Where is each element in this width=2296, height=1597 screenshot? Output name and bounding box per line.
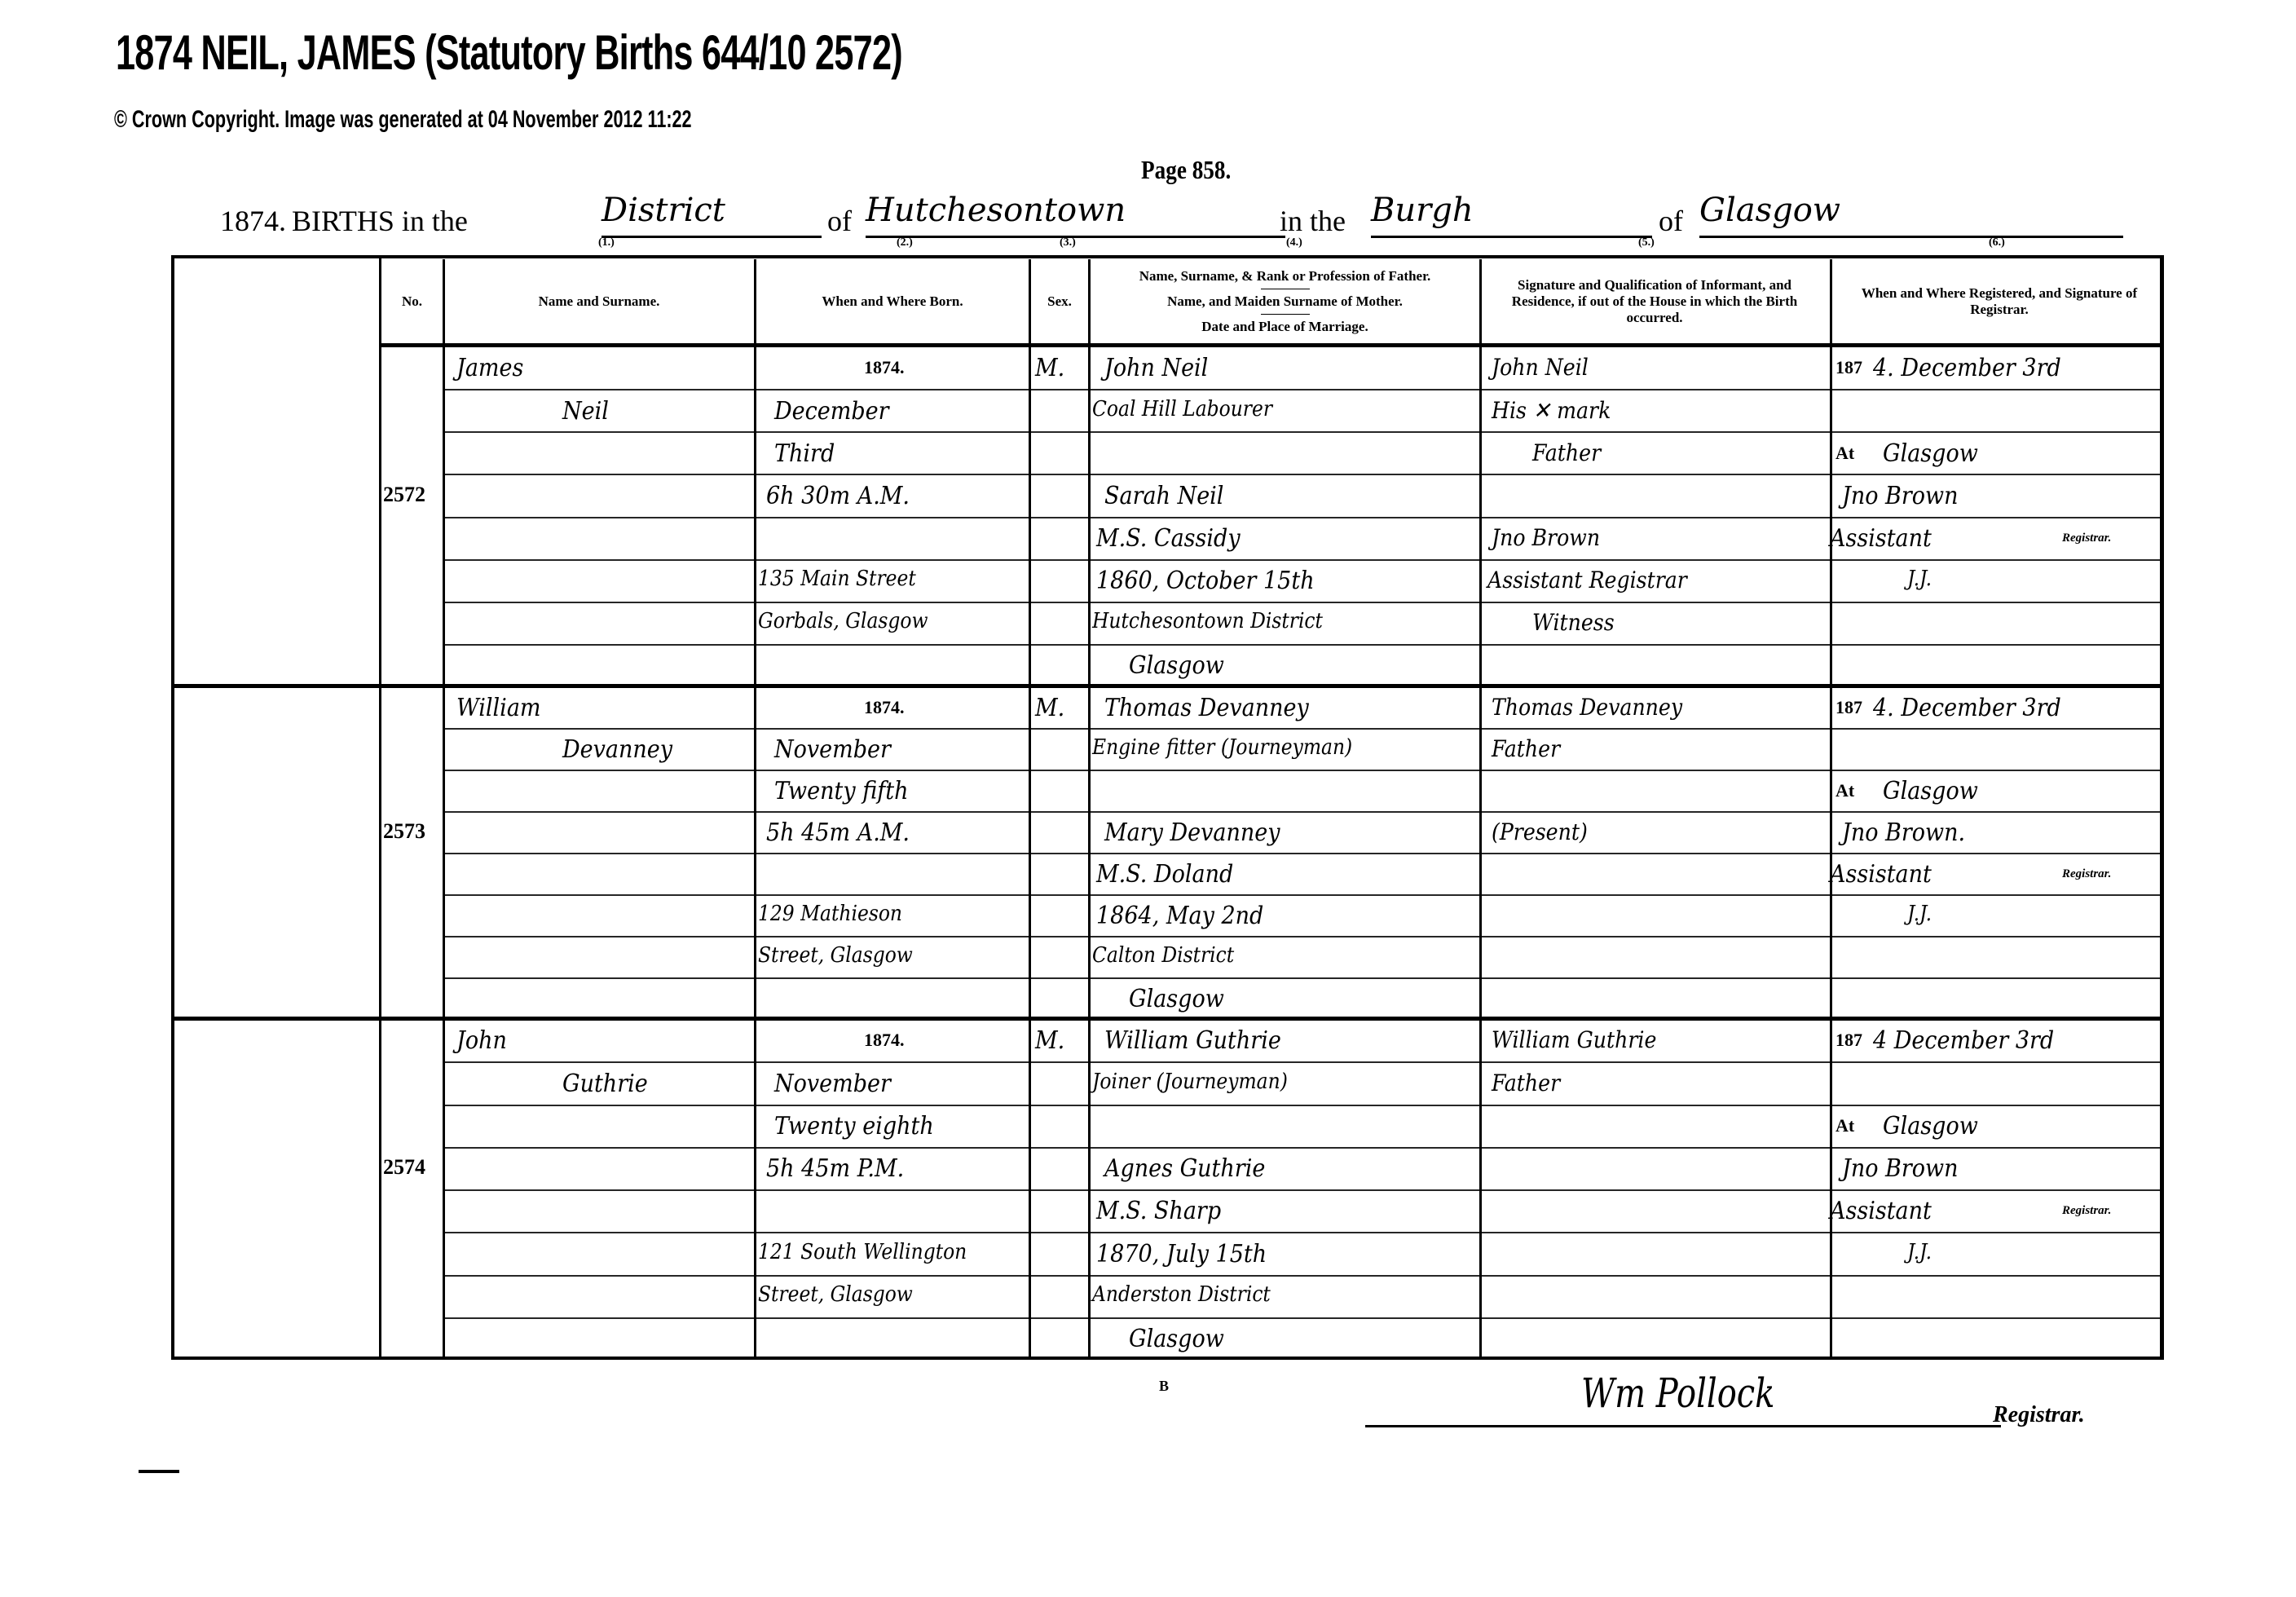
row-rule [1031, 894, 2160, 896]
row-rule [445, 1105, 1029, 1106]
registered-year-prefix: 187 [1835, 1030, 1862, 1051]
father-occupation: Engine fitter (Journeyman) [1092, 735, 1352, 760]
birth-day: Twenty fifth [774, 777, 908, 805]
mother-name: Mary Devanney [1104, 818, 1280, 847]
column-number-6: (6.) [1989, 236, 2005, 249]
registered-place: Glasgow [1883, 777, 1978, 805]
column-divider [443, 259, 445, 1360]
row-rule [1031, 936, 2160, 937]
birth-day: Third [774, 439, 835, 468]
row-rule [445, 1232, 1029, 1233]
registered-at-label: At [1835, 1115, 1854, 1136]
marriage-place-line1: Hutchesontown District [1092, 609, 1323, 633]
row-rule [445, 728, 1029, 730]
row-rule [1031, 1275, 2160, 1277]
header-when-where: When and Where Born. [756, 261, 1029, 342]
row-rule [445, 644, 1029, 646]
heading-in-the: in the [1280, 204, 1346, 238]
signature-line [1365, 1425, 2001, 1427]
registered-place: Glasgow [1883, 439, 1978, 468]
marriage-place-line1: Calton District [1092, 943, 1234, 968]
page-mark: B [1159, 1378, 1169, 1395]
row-rule [445, 431, 1029, 433]
marriage-date: 1864, May 2nd [1096, 902, 1263, 930]
father-name: Thomas Devanney [1104, 694, 1309, 722]
header-registered: When and Where Registered, and Signature… [1849, 261, 2150, 342]
informant-line-2: His ✕ mark [1492, 397, 1611, 424]
child-surname: Devanney [562, 735, 672, 764]
column-divider [1029, 259, 1031, 1360]
registrar-word: Registrar. [2062, 532, 2111, 545]
row-rule [1031, 1232, 2160, 1233]
column-number-5: (5.) [1638, 236, 1655, 249]
column-number-2: (2.) [897, 236, 913, 249]
column-divider [1088, 259, 1091, 1360]
registered-date: 4 December 3rd [1873, 1026, 2054, 1055]
birth-month: November [774, 1070, 891, 1098]
row-rule [445, 602, 1029, 603]
informant-line-2: Father [1492, 735, 1560, 762]
record-number: 2572 [383, 483, 425, 507]
registered-date: 4. December 3rd [1873, 694, 2061, 722]
birth-year: 1874. [864, 357, 905, 378]
row-rule [445, 1275, 1029, 1277]
child-first-name: James [456, 354, 523, 382]
header-no: No. [381, 261, 443, 342]
birth-time: 5h 45m A.M. [766, 818, 910, 847]
mother-name: Agnes Guthrie [1104, 1154, 1265, 1183]
heading-district-type: District [602, 192, 822, 238]
column-divider [1479, 259, 1482, 1360]
heading-year: 1874. [220, 204, 286, 238]
row-rule [1031, 1061, 2160, 1063]
row-rule [1031, 1189, 2160, 1191]
mother-maiden-name: M.S. Sharp [1096, 1197, 1221, 1225]
registrar-initials: J.J. [1907, 902, 1932, 926]
row-rule [1031, 389, 2160, 390]
column-number-4: (4.) [1286, 236, 1302, 249]
column-number-3: (3.) [1060, 236, 1076, 249]
row-rule [445, 936, 1029, 937]
header-rule [1261, 289, 1310, 289]
row-rule [445, 977, 1029, 979]
birth-year: 1874. [864, 1030, 905, 1051]
column-divider [379, 255, 381, 1360]
informant-line-2: Father [1492, 1070, 1560, 1096]
father-occupation: Joiner (Journeyman) [1092, 1070, 1288, 1094]
registrar-label: Registrar. [1993, 1402, 2085, 1428]
header-name: Name and Surname. [445, 261, 753, 342]
row-rule [445, 1061, 1029, 1063]
record-number: 2573 [383, 819, 425, 844]
child-first-name: John [456, 1026, 507, 1055]
marriage-place-line1: Anderston District [1092, 1282, 1271, 1307]
heading-burgh-type: Burgh [1371, 192, 1652, 238]
registered-date: 4. December 3rd [1873, 354, 2061, 382]
row-rule [1031, 1317, 2160, 1319]
child-surname: Guthrie [562, 1070, 648, 1098]
marriage-date: 1860, October 15th [1096, 567, 1315, 595]
row-rule [445, 1317, 1029, 1319]
birth-place-line2: Gorbals, Glasgow [758, 609, 928, 633]
heading-burgh-name: Glasgow [1699, 192, 2123, 238]
informant-line-7: Witness [1532, 609, 1615, 636]
marriage-place-line2: Glasgow [1129, 651, 1224, 680]
row-rule [445, 770, 1029, 771]
row-rule [445, 811, 1029, 813]
informant-line-1: William Guthrie [1492, 1026, 1656, 1053]
child-sex: M. [1035, 694, 1064, 722]
row-rule [174, 684, 2163, 688]
informant-line-4: (Present) [1492, 818, 1588, 845]
column-number-1: (1.) [598, 236, 615, 249]
registrar-signature: Wm Pollock [1581, 1370, 1774, 1417]
header-parents: Name, Surname, & Rank or Profession of F… [1091, 261, 1479, 342]
birth-place-line1: 135 Main Street [758, 567, 916, 591]
page-number: Page 858. [1141, 155, 1231, 185]
header-informant: Signature and Qualification of Informant… [1500, 261, 1809, 342]
row-rule [1031, 1105, 2160, 1106]
marriage-place-line2: Glasgow [1129, 1325, 1224, 1353]
column-divider [754, 259, 756, 1360]
registrar-signature-line: Jno Brown [1842, 1154, 1959, 1183]
mother-maiden-name: M.S. Cassidy [1096, 524, 1241, 553]
birth-place-line1: 129 Mathieson [758, 902, 902, 926]
header-sex: Sex. [1031, 261, 1088, 342]
row-rule [445, 389, 1029, 390]
row-rule [445, 517, 1029, 518]
row-rule [1031, 644, 2160, 646]
informant-line-5: Jno Brown [1492, 524, 1600, 551]
row-rule [1031, 431, 2160, 433]
document-title: 1874 NEIL, JAMES (Statutory Births 644/1… [116, 24, 902, 81]
row-rule [445, 894, 1029, 896]
row-rule [1031, 811, 2160, 813]
birth-month: December [774, 397, 888, 426]
informant-line-1: Thomas Devanney [1492, 694, 1682, 721]
header-parents-mother: Name, and Maiden Surname of Mother. [1167, 293, 1403, 310]
child-first-name: William [456, 694, 541, 722]
informant-line-6: Assistant Registrar [1487, 567, 1687, 593]
row-rule [1031, 977, 2160, 979]
birth-year: 1874. [864, 697, 905, 718]
birth-day: Twenty eighth [774, 1112, 934, 1140]
registrar-signature-line: Jno Brown [1842, 482, 1959, 510]
birth-time: 6h 30m A.M. [766, 482, 910, 510]
registered-year-prefix: 187 [1835, 357, 1862, 378]
row-rule [1031, 728, 2160, 730]
header-parents-father: Name, Surname, & Rank or Profession of F… [1139, 268, 1431, 285]
scan-artifact [139, 1470, 179, 1473]
registrar-title: Assistant [1830, 860, 1932, 889]
header-parents-marriage: Date and Place of Marriage. [1201, 319, 1368, 335]
registrar-title: Assistant [1830, 524, 1932, 553]
child-surname: Neil [562, 397, 609, 426]
heading-of-1: of [827, 204, 852, 238]
row-rule [445, 559, 1029, 561]
marriage-place-line2: Glasgow [1129, 985, 1224, 1013]
mother-name: Sarah Neil [1104, 482, 1223, 510]
column-divider [1830, 259, 1832, 1360]
registrar-initials: J.J. [1907, 567, 1932, 591]
father-occupation: Coal Hill Labourer [1092, 397, 1272, 421]
birth-place-line2: Street, Glasgow [758, 943, 913, 968]
registered-year-prefix: 187 [1835, 697, 1862, 718]
heading-births-in-the: BIRTHS in the [292, 204, 468, 238]
row-rule [174, 1017, 2163, 1021]
registered-place: Glasgow [1883, 1112, 1978, 1140]
informant-line-3: Father [1532, 439, 1601, 466]
record-number: 2574 [383, 1155, 425, 1180]
informant-line-1: John Neil [1492, 354, 1589, 381]
birth-place-line2: Street, Glasgow [758, 1282, 913, 1307]
row-rule [445, 474, 1029, 475]
mother-maiden-name: M.S. Doland [1096, 860, 1233, 889]
heading-district-name: Hutchesontown [866, 192, 1285, 238]
row-rule [445, 1189, 1029, 1191]
row-rule [1031, 1147, 2160, 1149]
heading-of-2: of [1659, 204, 1683, 238]
father-name: John Neil [1104, 354, 1208, 382]
row-rule [1031, 770, 2160, 771]
registered-at-label: At [1835, 443, 1854, 464]
row-rule [445, 1147, 1029, 1149]
child-sex: M. [1035, 354, 1064, 382]
header-rule [1261, 314, 1310, 315]
marriage-date: 1870, July 15th [1096, 1240, 1267, 1268]
child-sex: M. [1035, 1026, 1064, 1055]
row-rule [1031, 517, 2160, 518]
row-rule [1031, 602, 2160, 603]
registrar-word: Registrar. [2062, 1204, 2111, 1218]
row-rule [1031, 559, 2160, 561]
birth-time: 5h 45m P.M. [766, 1154, 904, 1183]
row-rule [1031, 474, 2160, 475]
birth-place-line1: 121 South Wellington [758, 1240, 967, 1264]
copyright-notice: © Crown Copyright. Image was generated a… [114, 106, 692, 134]
registrar-title: Assistant [1830, 1197, 1932, 1225]
birth-month: November [774, 735, 891, 764]
row-rule [381, 343, 2160, 347]
registrar-signature-line: Jno Brown. [1842, 818, 1965, 847]
registrar-word: Registrar. [2062, 867, 2111, 881]
register-heading: 1874. BIRTHS in the District of Hutcheso… [220, 196, 2127, 241]
row-rule [1031, 853, 2160, 854]
registrar-initials: J.J. [1907, 1240, 1932, 1264]
registered-at-label: At [1835, 780, 1854, 801]
row-rule [445, 853, 1029, 854]
father-name: William Guthrie [1104, 1026, 1281, 1055]
